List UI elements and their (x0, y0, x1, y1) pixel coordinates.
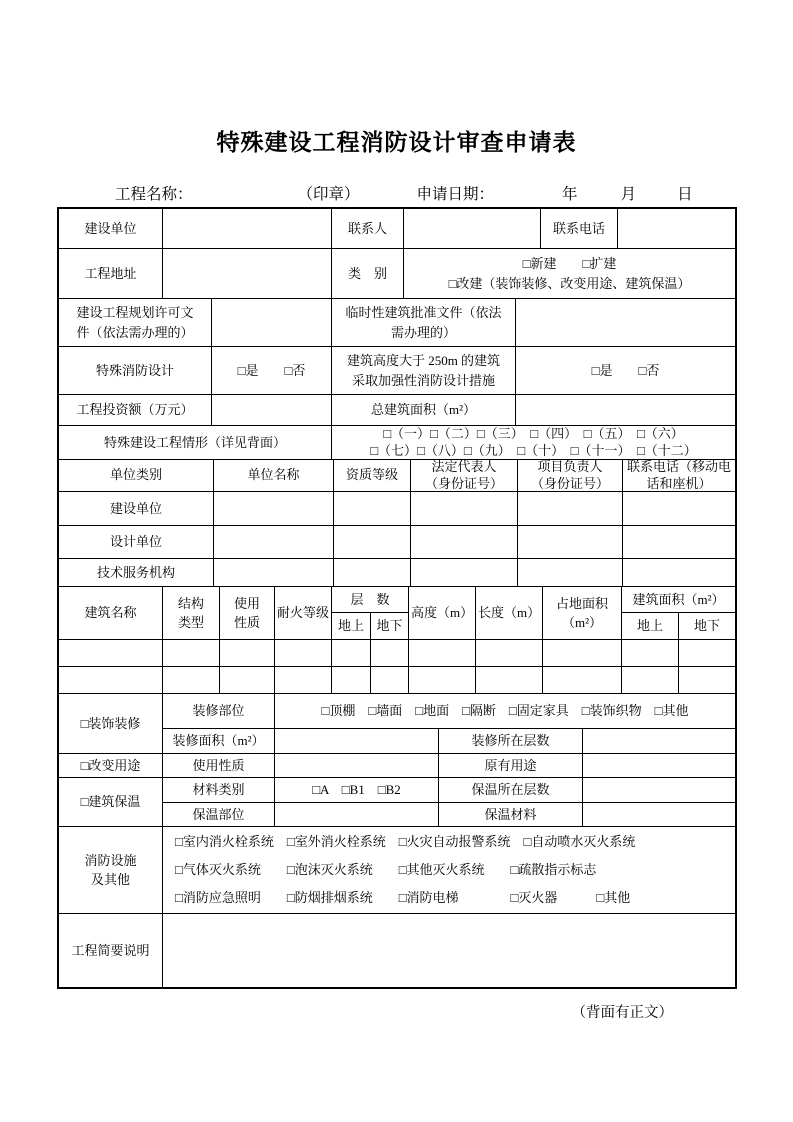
fire-facilities-line2[interactable]: □气体灭火系统 □泡沫灭火系统 □其他灭火系统 □疏散指示标志 (175, 856, 596, 884)
cell-over-250m-label: 建筑高度大于 250m 的建筑 采取加强性消防设计措施 (332, 347, 516, 394)
row-investment-area: 工程投资额（万元） 总建筑面积（m²） (59, 395, 735, 426)
checkbox-decoration-label[interactable]: □装饰装修 (59, 694, 163, 753)
input-cell[interactable] (163, 667, 220, 693)
cell-use-nature-label: 使用性质 (163, 754, 275, 777)
input-cell[interactable] (163, 640, 220, 666)
header-fire-rating: 耐火等级 (275, 587, 332, 639)
input-insulation-material[interactable] (583, 803, 735, 826)
input-cell[interactable] (518, 526, 623, 558)
input-project-address[interactable] (163, 249, 332, 298)
input-construction-unit[interactable] (163, 209, 332, 248)
cell-unit-type-tech-service: 技术服务机构 (59, 559, 214, 586)
header-floors-below: 地下 (371, 613, 408, 639)
month-label: 月 (621, 182, 637, 204)
input-cell[interactable] (334, 526, 411, 558)
input-cell[interactable] (476, 640, 543, 666)
input-phone[interactable] (618, 209, 735, 248)
building-row-empty (59, 667, 735, 694)
header-area-above: 地上 (622, 613, 679, 639)
apply-date-label: 申请日期： (417, 182, 495, 204)
header-use-nature: 使用 性质 (220, 587, 275, 639)
section-project-summary: 工程简要说明 (59, 914, 735, 987)
row-special-design: 特殊消防设计 □是 □否 建筑高度大于 250m 的建筑 采取加强性消防设计措施… (59, 347, 735, 395)
input-cell[interactable] (543, 667, 622, 693)
page-title: 特殊建设工程消防设计审查申请表 (0, 124, 793, 157)
cell-decoration-area-label: 装修面积（m²） (163, 729, 275, 753)
input-cell[interactable] (679, 640, 735, 666)
checkbox-group-special-design-yesno[interactable]: □是 □否 (212, 347, 332, 394)
input-contact[interactable] (404, 209, 541, 248)
input-insulation-floors[interactable] (583, 778, 735, 802)
input-cell[interactable] (622, 667, 679, 693)
building-row-empty (59, 640, 735, 667)
row-special-situation: 特殊建设工程情形（详见背面） □（一）□（二）□（三） □（四） □（五） □（… (59, 426, 735, 460)
section-change-use: □改变用途 使用性质 原有用途 (59, 754, 735, 778)
day-label: 日 (677, 182, 693, 204)
header-legal-representative: 法定代表人 （身份证号） (411, 460, 518, 491)
header-qualification: 资质等级 (334, 460, 411, 491)
cell-unit-type-design: 设计单位 (59, 526, 214, 558)
footer-note: （背面有正文） (572, 1001, 674, 1022)
checkbox-group-decoration-parts[interactable]: □顶棚 □墙面 □地面 □隔断 □固定家具 □装饰织物 □其他 (275, 694, 735, 728)
cell-project-summary-label: 工程简要说明 (59, 914, 163, 987)
seal-label: （印章） (298, 182, 360, 204)
cell-insulation-material-label: 保温材料 (439, 803, 583, 826)
header-project-manager: 项目负责人 （身份证号） (518, 460, 623, 491)
input-cell[interactable] (334, 559, 411, 586)
input-decoration-area[interactable] (275, 729, 439, 753)
input-cell[interactable] (59, 640, 163, 666)
fire-facilities-line3[interactable]: □消防应急照明 □防烟排烟系统 □消防电梯 □灭火器 □其他 (175, 884, 630, 912)
input-temp-building[interactable] (516, 299, 735, 346)
checkbox-group-category[interactable]: □新建 □扩建 □改建（装饰装修、改变用途、建筑保温） (404, 249, 735, 298)
input-cell[interactable] (518, 559, 623, 586)
header-structure-type: 结构 类型 (163, 587, 220, 639)
section-fire-facilities: 消防设施 及其他 □室内消火栓系统 □室外消火栓系统 □火灾自动报警系统 □自动… (59, 827, 735, 914)
input-cell[interactable] (334, 492, 411, 525)
section-insulation: □建筑保温 材料类别 □A □B1 □B2 保温所在层数 保温部位 保温材料 (59, 778, 735, 827)
project-name-label: 工程名称： (115, 182, 193, 204)
input-cell[interactable] (59, 667, 163, 693)
header-building-area-label: 建筑面积（m²） (622, 587, 735, 613)
unit-row-design: 设计单位 (59, 526, 735, 559)
checkbox-group-material-types[interactable]: □A □B1 □B2 (275, 778, 439, 802)
cell-original-use-label: 原有用途 (439, 754, 583, 777)
header-height: 高度（m） (409, 587, 476, 639)
input-decoration-floors[interactable] (583, 729, 735, 753)
input-cell[interactable] (476, 667, 543, 693)
cell-investment-label: 工程投资额（万元） (59, 395, 212, 425)
checkbox-group-fire-facilities[interactable]: □室内消火栓系统 □室外消火栓系统 □火灾自动报警系统 □自动喷水灭火系统 □气… (163, 827, 735, 913)
input-cell[interactable] (679, 667, 735, 693)
input-cell[interactable] (409, 667, 476, 693)
input-use-nature[interactable] (275, 754, 439, 777)
fire-facilities-line1[interactable]: □室内消火栓系统 □室外消火栓系统 □火灾自动报警系统 □自动喷水灭火系统 (175, 828, 635, 856)
cell-fire-facilities-label: 消防设施 及其他 (59, 827, 163, 913)
input-cell[interactable] (411, 526, 518, 558)
cell-insulation-part-label: 保温部位 (163, 803, 275, 826)
cell-category-label: 类 别 (332, 249, 404, 298)
cell-total-area-label: 总建筑面积（m²） (332, 395, 516, 425)
row-address-category: 工程地址 类 别 □新建 □扩建 □改建（装饰装修、改变用途、建筑保温） (59, 249, 735, 299)
unit-row-tech-service: 技术服务机构 (59, 559, 735, 587)
input-cell[interactable] (623, 526, 735, 558)
form-subheader: 工程名称： （印章） 申请日期： 年 月 日 (115, 182, 693, 204)
cell-planning-permit-label: 建设工程规划许可文 件（依法需办理的） (59, 299, 212, 346)
building-table-header: 建筑名称 结构 类型 使用 性质 耐火等级 层 数 地上 地下 高度（m） 长度… (59, 587, 735, 640)
input-cell[interactable] (409, 640, 476, 666)
cell-phone-label: 联系电话 (541, 209, 618, 248)
input-cell[interactable] (518, 492, 623, 525)
input-cell[interactable] (622, 640, 679, 666)
situation-options-line2[interactable]: □（七）□（八）□（九） □（十） □（十一） □（十二） (370, 443, 697, 459)
cell-insulation-floors-label: 保温所在层数 (439, 778, 583, 802)
year-label: 年 (562, 182, 578, 204)
input-cell[interactable] (275, 640, 332, 666)
cell-material-type-label: 材料类别 (163, 778, 275, 802)
input-cell[interactable] (214, 492, 334, 525)
input-cell[interactable] (214, 526, 334, 558)
checkbox-group-situations[interactable]: □（一）□（二）□（三） □（四） □（五） □（六） □（七）□（八）□（九）… (332, 426, 735, 459)
input-investment[interactable] (212, 395, 332, 425)
input-cell[interactable] (411, 559, 518, 586)
input-cell[interactable] (275, 667, 332, 693)
cell-unit-type-construction: 建设单位 (59, 492, 214, 525)
checkbox-change-use-label[interactable]: □改变用途 (59, 754, 163, 777)
checkbox-insulation-label[interactable]: □建筑保温 (59, 778, 163, 826)
input-cell[interactable] (371, 667, 409, 693)
header-unit-name: 单位名称 (214, 460, 334, 491)
header-floor-count: 层 数 地上 地下 (332, 587, 409, 639)
input-cell[interactable] (332, 640, 371, 666)
cell-decoration-part-label: 装修部位 (163, 694, 275, 728)
header-footprint-area: 占地面积 （m²） (543, 587, 622, 639)
input-cell[interactable] (543, 640, 622, 666)
category-option-rebuild[interactable]: □改建（装饰装修、改变用途、建筑保温） (449, 274, 691, 294)
unit-table-header: 单位类别 单位名称 资质等级 法定代表人 （身份证号） 项目负责人 （身份证号）… (59, 460, 735, 492)
header-floors-label: 层 数 (332, 587, 408, 613)
input-project-summary[interactable] (163, 914, 735, 987)
checkbox-group-over-250m-yesno[interactable]: □是 □否 (516, 347, 735, 394)
header-building-name: 建筑名称 (59, 587, 163, 639)
input-cell[interactable] (623, 559, 735, 586)
cell-construction-unit-label: 建设单位 (59, 209, 163, 248)
header-area-below: 地下 (679, 613, 735, 639)
input-insulation-part[interactable] (275, 803, 439, 826)
application-table: 建设单位 联系人 联系电话 工程地址 类 别 □新建 □扩建 □改建（装饰装修、… (57, 207, 737, 989)
section-decoration: □装饰装修 装修部位 □顶棚 □墙面 □地面 □隔断 □固定家具 □装饰织物 □… (59, 694, 735, 754)
category-option-new-expand[interactable]: □新建 □扩建 (523, 254, 617, 274)
input-cell[interactable] (623, 492, 735, 525)
cell-special-fire-design-label: 特殊消防设计 (59, 347, 212, 394)
input-original-use[interactable] (583, 754, 735, 777)
header-unit-type: 单位类别 (59, 460, 214, 491)
situation-options-line1[interactable]: □（一）□（二）□（三） □（四） □（五） □（六） (383, 426, 684, 442)
header-building-area: 建筑面积（m²） 地上 地下 (622, 587, 735, 639)
row-permits: 建设工程规划许可文 件（依法需办理的） 临时性建筑批准文件（依法 需办理的） (59, 299, 735, 347)
cell-project-address-label: 工程地址 (59, 249, 163, 298)
unit-row-construction: 建设单位 (59, 492, 735, 526)
header-contact-phone: 联系电话（移动电 话和座机） (623, 460, 735, 491)
input-cell[interactable] (214, 559, 334, 586)
header-length: 长度（m） (476, 587, 543, 639)
input-total-area[interactable] (516, 395, 735, 425)
cell-decoration-floors-label: 装修所在层数 (439, 729, 583, 753)
input-cell[interactable] (371, 640, 409, 666)
input-planning-permit[interactable] (212, 299, 332, 346)
input-cell[interactable] (220, 640, 275, 666)
cell-contact-label: 联系人 (332, 209, 404, 248)
row-basic-info: 建设单位 联系人 联系电话 (59, 209, 735, 249)
form-page: 特殊建设工程消防设计审查申请表 工程名称： （印章） 申请日期： 年 月 日 建… (0, 0, 793, 1122)
cell-temp-building-label: 临时性建筑批准文件（依法 需办理的） (332, 299, 516, 346)
input-cell[interactable] (220, 667, 275, 693)
input-cell[interactable] (411, 492, 518, 525)
header-floors-above: 地上 (332, 613, 371, 639)
cell-special-situation-label: 特殊建设工程情形（详见背面） (59, 426, 332, 459)
input-cell[interactable] (332, 667, 371, 693)
